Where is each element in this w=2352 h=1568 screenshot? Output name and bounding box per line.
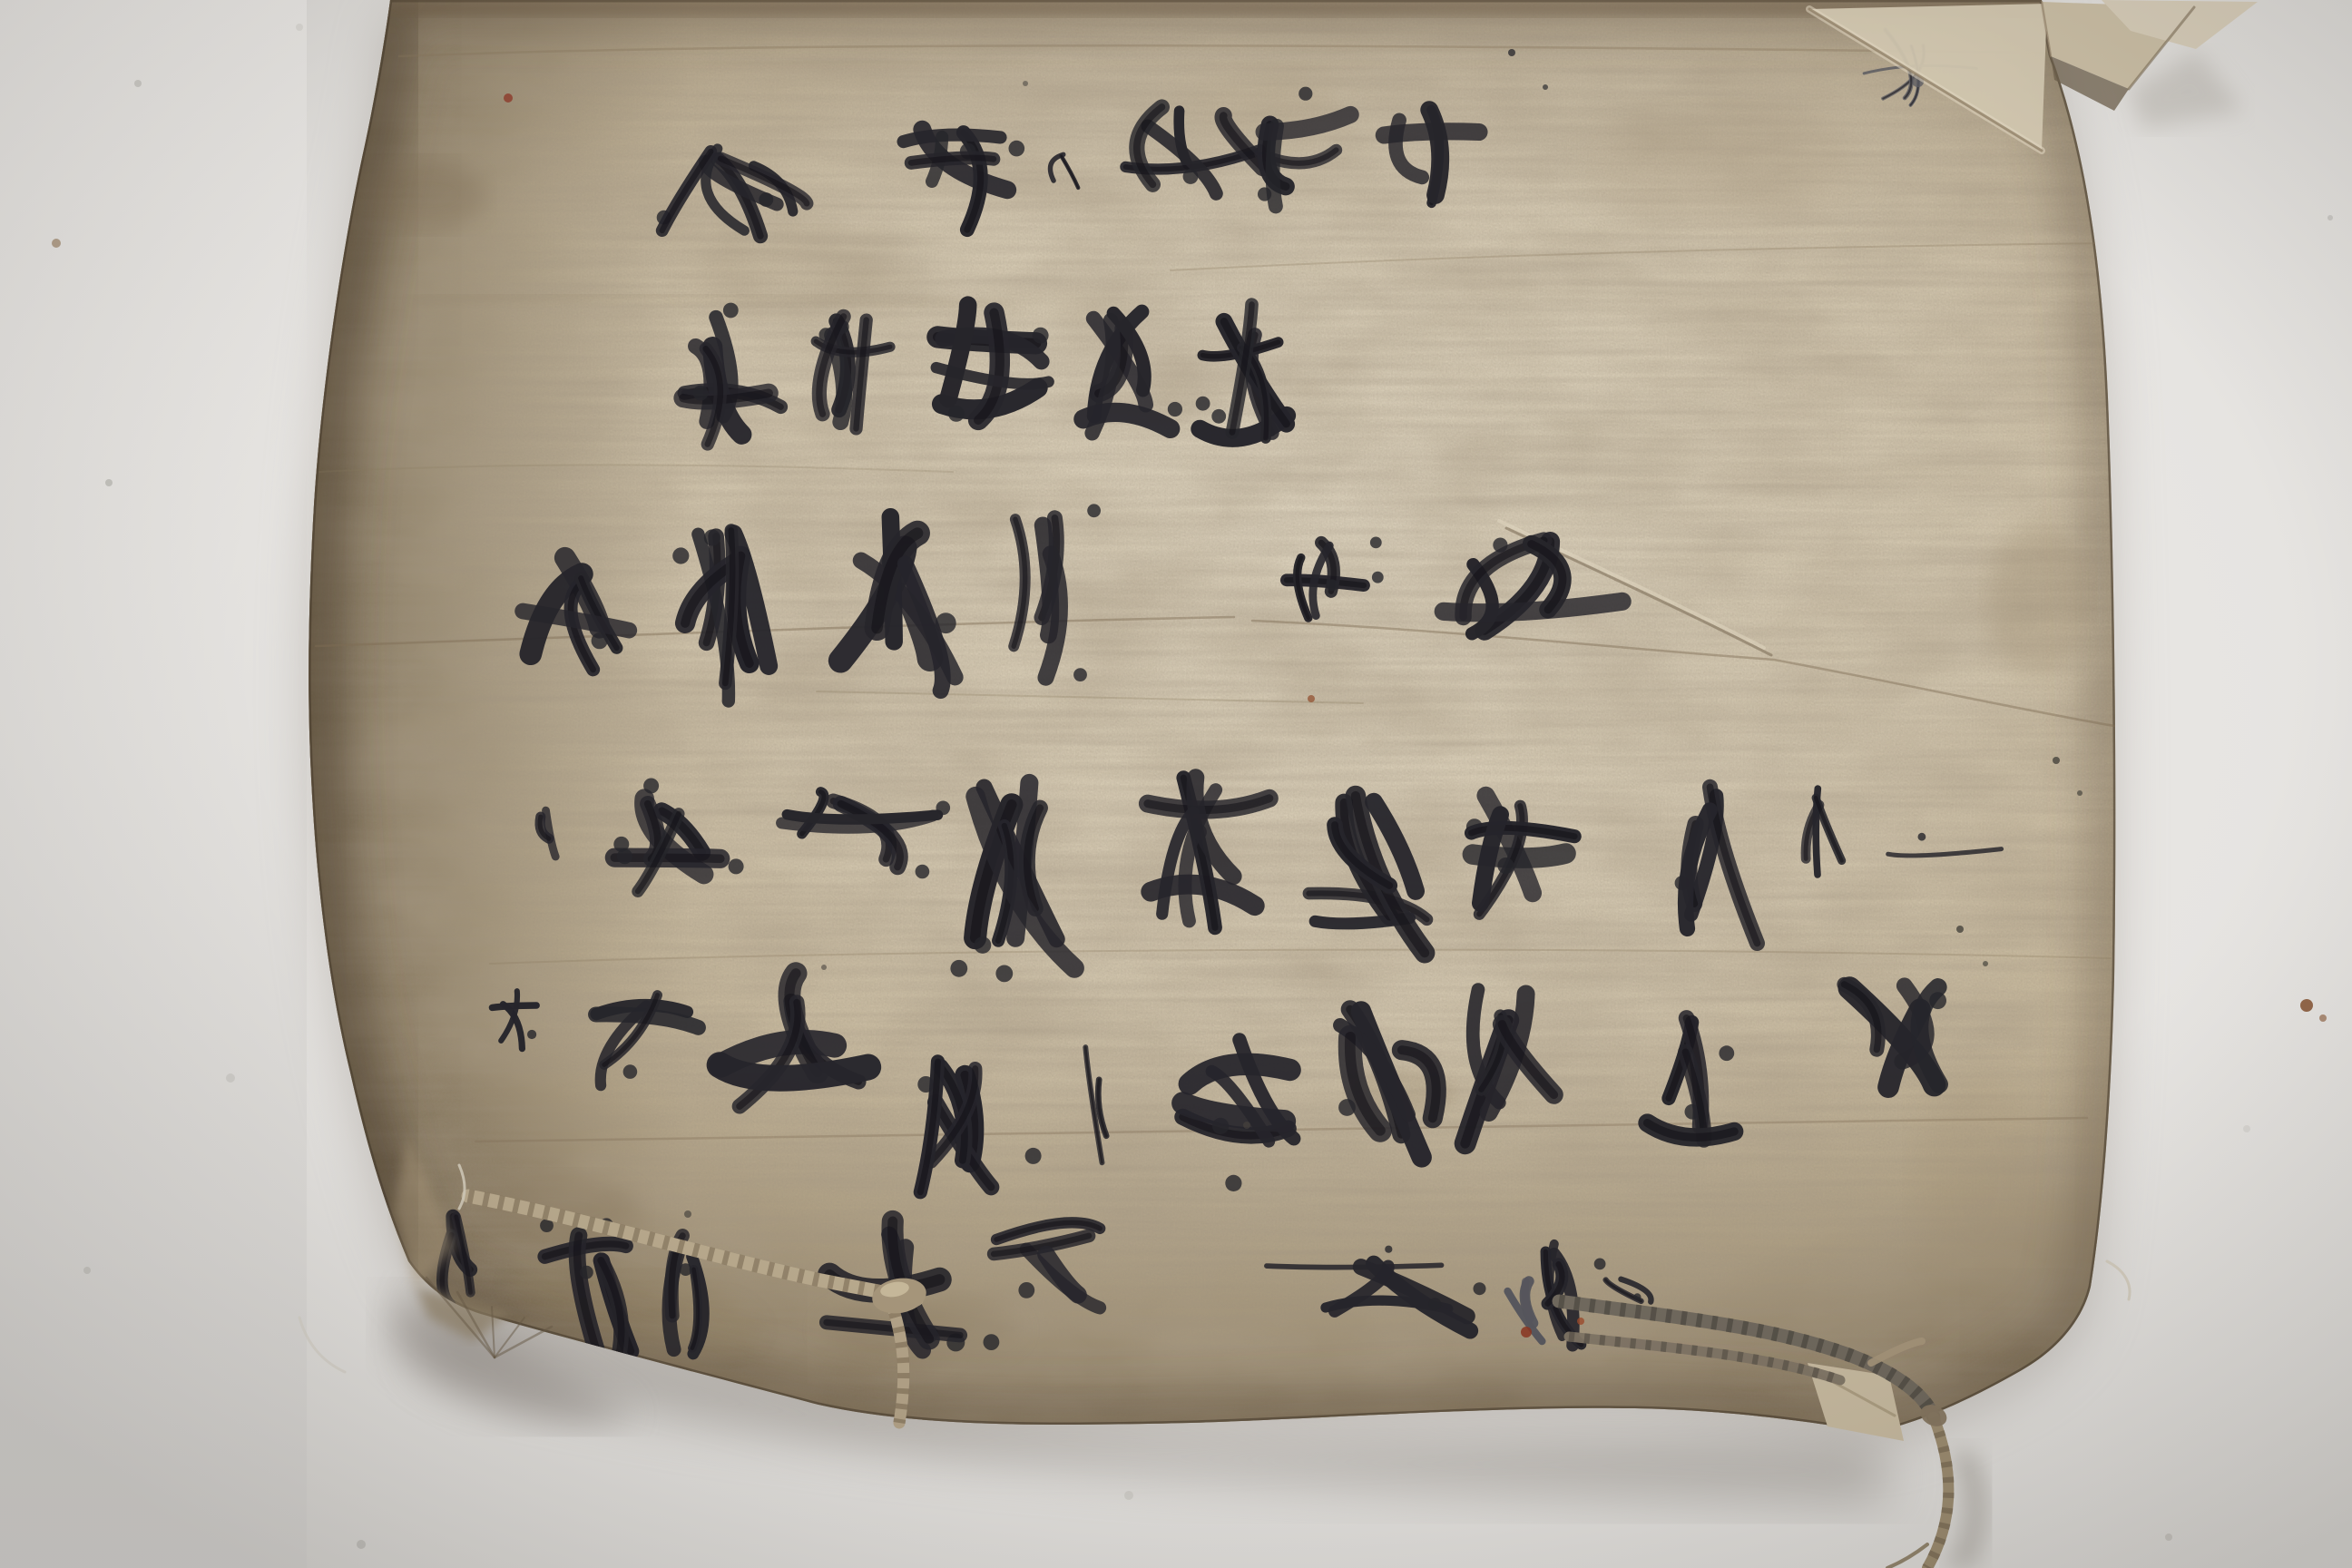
photo-canvas: Photograph of an aged manuscript book co… xyxy=(0,0,2352,1568)
manuscript-photo: Photograph of an aged manuscript book co… xyxy=(0,0,2352,1568)
vignette-overlay xyxy=(0,0,2352,1568)
